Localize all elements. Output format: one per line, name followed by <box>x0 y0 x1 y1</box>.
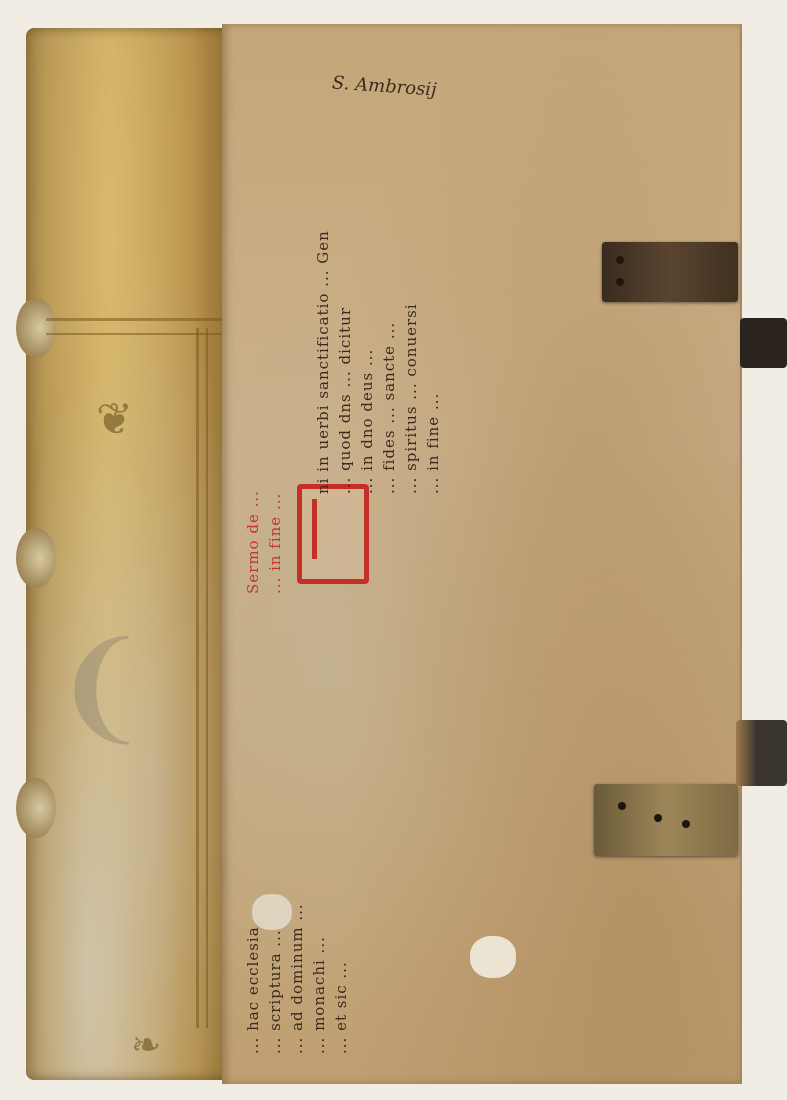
spine-band <box>16 528 56 588</box>
rivet <box>616 278 624 286</box>
lower-clasp <box>594 784 738 856</box>
manuscript-text-lower: ... hac ecclesia ... ... scriptura ... .… <box>242 644 462 1054</box>
tooling-line <box>46 333 226 335</box>
manuscript-text-upper: ni in uerbi sanctificatio ... Gen ... qu… <box>312 164 462 494</box>
fleuron-ornament-icon: ❦ <box>96 398 133 442</box>
spine-band <box>16 778 56 838</box>
laurel-wreath-ornament-icon: ❨ <box>51 628 152 748</box>
rivet <box>616 256 624 264</box>
tooling-line <box>46 318 226 321</box>
rubric-heading: Sermo de ... ... in fine ... <box>242 124 302 594</box>
rivet <box>654 814 662 822</box>
scroll-ornament-icon: ❧ <box>131 1028 161 1064</box>
rivet <box>682 820 690 828</box>
upper-clasp <box>602 242 738 302</box>
rivet <box>618 802 626 810</box>
upper-clasp-strap <box>740 318 787 368</box>
vellum-loss <box>470 936 516 978</box>
spine-band <box>16 298 56 358</box>
owner-inscription: S. Ambrosij <box>331 72 437 100</box>
manuscript-cover: S. Ambrosij Sermo de ... ... in fine ...… <box>222 24 742 1084</box>
lower-clasp-strap <box>736 720 787 786</box>
tooling-line <box>206 328 208 1028</box>
book: ❦ ❨ ❧ S. Ambrosij Sermo de ... ... in fi… <box>14 24 740 1084</box>
decorated-initial <box>297 484 369 584</box>
vellum-loss <box>252 894 292 930</box>
tooling-line <box>196 328 199 1028</box>
tooled-spine: ❦ ❨ ❧ <box>26 28 236 1080</box>
